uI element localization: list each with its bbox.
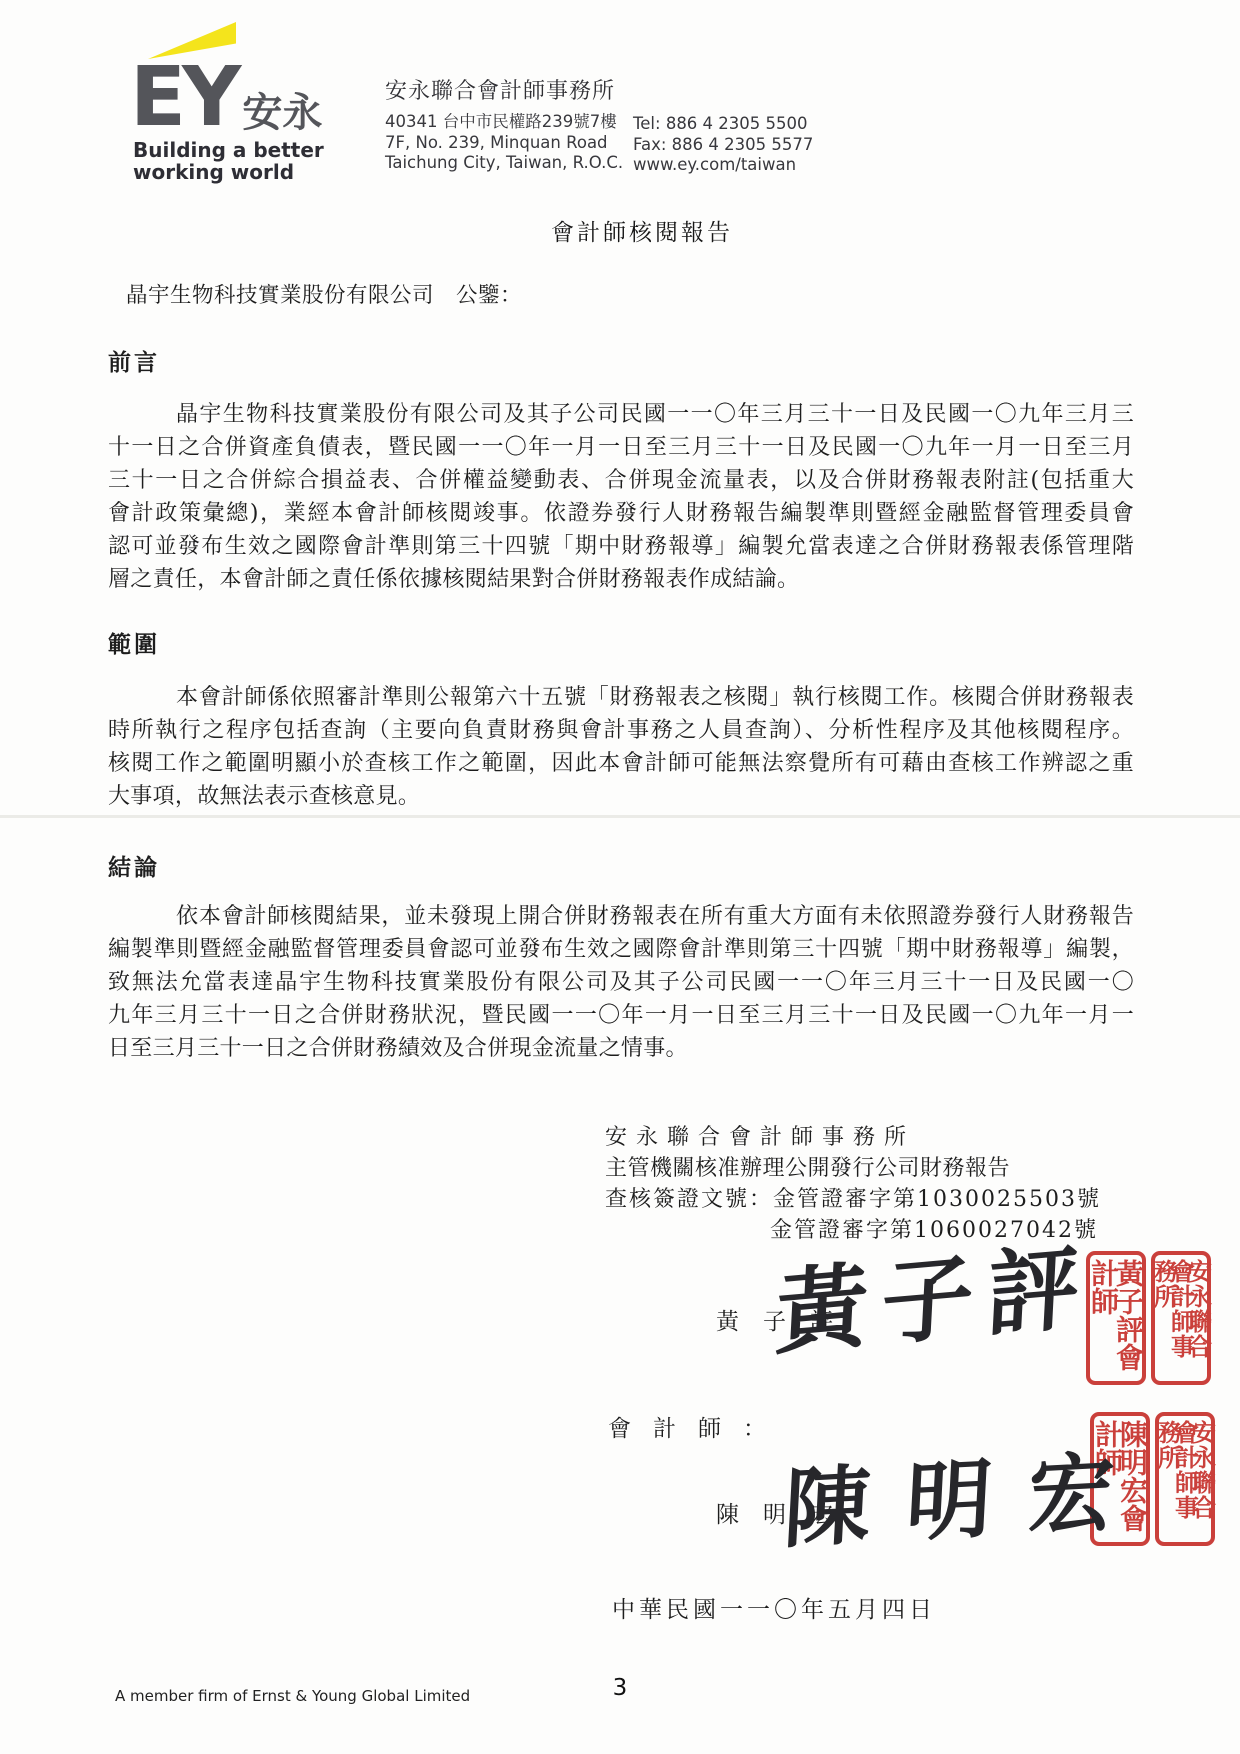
accountant1-firm-seal: 安永聯合會計師事務所 [1151,1251,1211,1385]
address-en-line2: Taichung City, Taiwan, R.O.C. [385,153,623,174]
ey-tagline: Building a better working world [133,139,324,183]
signoff-filing-line1: 查核簽證文號：金管證審字第1030025503號 [605,1182,1101,1213]
ey-logo-chinese: 安永 [242,93,322,133]
seal-text: 安永聯合會計師事務所 [1156,1259,1207,1377]
section-heading-scope: 範圍 [108,626,160,659]
seal-text: 安永聯合會計師事務所 [1160,1420,1211,1538]
signoff-firm-name: 安永聯合會計師事務所 [605,1120,915,1151]
ey-tagline-line1: Building a better [133,139,324,161]
paragraph-line: 十一日之合併資產負債表，暨民國一一〇年一月一日至三月三十一日及民國一〇九年一月一… [108,431,1134,464]
paragraph-line: 核閱工作之範圍明顯小於查核工作之範圍，因此本會計師可能無法察覺所有可藉由查核工作… [108,747,1134,780]
section-body-conclusion: 依本會計師核閱結果，並未發現上開合併財務報表在所有重大方面有未依照證券發行人財務… [108,900,1134,1065]
paragraph-line: 會計政策彙總)，業經本會計師核閱竣事。依證券發行人財務報告編製準則暨經金融監督管… [108,497,1134,530]
addressee-line: 晶宇生物科技實業股份有限公司 公鑒： [126,278,522,309]
filing-prefix: 查核簽證文號： [605,1187,773,1212]
paragraph-line: 層之責任，本會計師之責任係依據核閱結果對合併財務報表作成結論。 [108,563,1134,596]
paragraph-line: 日至三月三十一日之合併財務績效及合併現金流量之情事。 [108,1032,1134,1065]
paragraph-line: 本會計師係依照審計準則公報第六十五號「財務報表之核閱」執行核閱工作。核閱合併財務… [108,681,1134,714]
signoff-approval-line: 主管機關核准辦理公開發行公司財務報告 [605,1151,1010,1182]
accountant-label: 會計師： [608,1410,788,1443]
accountant2-signature: 陳明宏 [781,1421,1153,1565]
paragraph-line: 九年三月三十一日之合併財務狀況，暨民國一一〇年一月一日至三月三十一日及民國一〇九… [108,999,1134,1032]
section-heading-preface: 前言 [108,344,160,377]
accountant2-firm-seal: 安永聯合會計師事務所 [1155,1412,1215,1546]
report-date: 中華民國一一〇年五月四日 [612,1591,936,1624]
ey-logo-text: EY [130,60,237,135]
report-title: 會計師核閱報告 [42,214,1240,247]
phone-line: Tel: 886 4 2305 5500 [633,114,813,135]
paragraph-line: 時所執行之程序包括查詢（主要向負責財務與會計事務之人員查詢）、分析性程序及其他核… [108,714,1134,747]
accountant1-personal-seal: 黃子評會計師 [1086,1251,1146,1385]
seal-text: 黃子評會計師 [1091,1259,1141,1377]
address-en-line1: 7F, No. 239, Minquan Road [385,133,623,154]
ey-tagline-line2: working world [133,161,324,183]
address-local: 40341 台中市民權路239號7樓 [385,112,623,133]
page-number: 3 [0,1675,1240,1701]
paragraph-line: 認可並發布生效之國際會計準則第三十四號「期中財務報導」編製允當表達之合併財務報表… [108,530,1134,563]
section-body-scope: 本會計師係依照審計準則公報第六十五號「財務報表之核閱」執行核閱工作。核閱合併財務… [108,681,1134,813]
review-report-page: EY 安永 Building a better working world 安永… [0,0,1240,1754]
scan-artifact-line [0,815,1240,818]
paragraph-line: 致無法允當表達晶宇生物科技實業股份有限公司及其子公司民國一一〇年三月三十一日及民… [108,966,1134,999]
filing-number-1: 金管證審字第1030025503號 [773,1187,1101,1212]
paragraph-line: 晶宇生物科技實業股份有限公司及其子公司民國一一〇年三月三十一日及民國一〇九年三月… [108,398,1134,431]
website-line: www.ey.com/taiwan [633,155,813,176]
ey-logo: EY 安永 [130,60,322,135]
paragraph-line: 大事項，故無法表示查核意見。 [108,780,1134,813]
accountant1-signature: 黃子評 [773,1212,1097,1373]
paragraph-line: 三十一日之合併綜合損益表、合併權益變動表、合併現金流量表，以及合併財務報表附註(… [108,464,1134,497]
section-body-preface: 晶宇生物科技實業股份有限公司及其子公司民國一一〇年三月三十一日及民國一〇九年三月… [108,398,1134,596]
section-heading-conclusion: 結論 [108,849,160,882]
paragraph-line: 依本會計師核閱結果，並未發現上開合併財務報表在所有重大方面有未依照證券發行人財務… [108,900,1134,933]
paragraph-line: 編製準則暨經金融監督管理委員會認可並發布生效之國際會計準則第三十四號「期中財務報… [108,933,1134,966]
fax-line: Fax: 886 4 2305 5577 [633,135,813,156]
letterhead-firm-name: 安永聯合會計師事務所 [385,74,615,105]
letterhead-address: 40341 台中市民權路239號7樓 7F, No. 239, Minquan … [385,112,623,174]
letterhead-contact: Tel: 886 4 2305 5500 Fax: 886 4 2305 557… [633,114,813,176]
